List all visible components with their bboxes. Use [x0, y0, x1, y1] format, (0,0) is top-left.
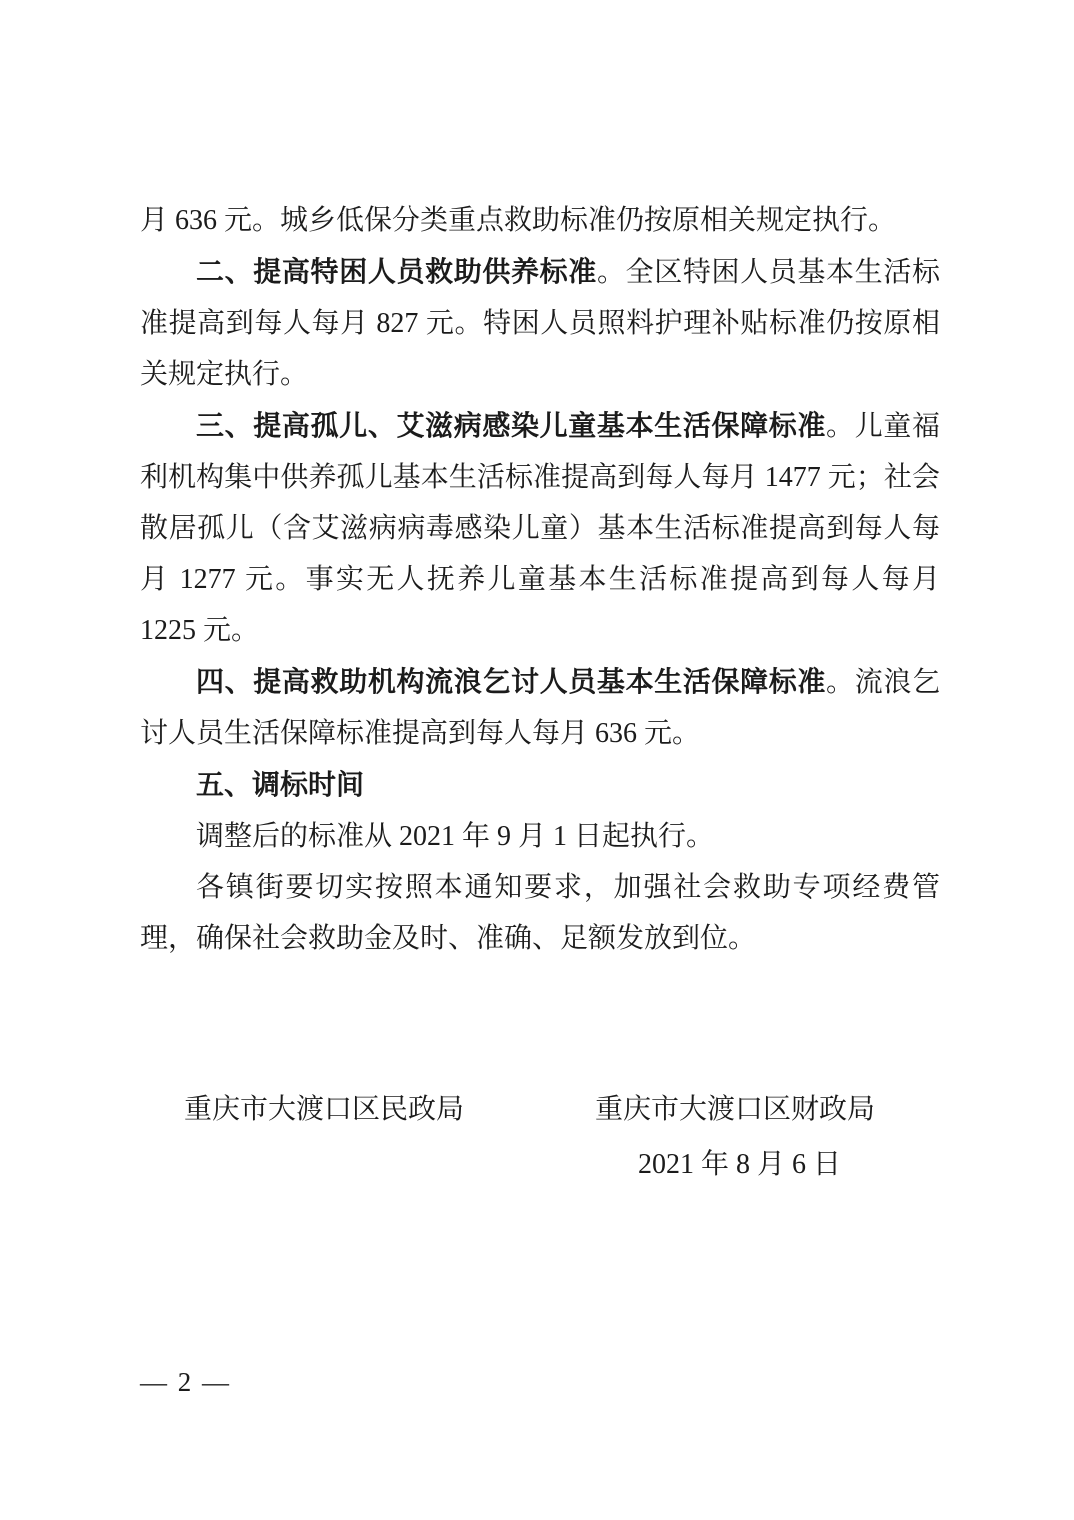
signature-right-org: 重庆市大渡口区财政局	[595, 1084, 875, 1135]
section-5-heading: 五、调标时间	[196, 769, 364, 800]
document-page: 月 636 元。城乡低保分类重点救助标准仍按原相关规定执行。 二、提高特困人员救…	[0, 0, 1074, 1520]
closing-paragraph-effective-date: 调整后的标准从 2021 年 9 月 1 日起执行。	[140, 811, 940, 862]
section-2-heading: 二、提高特困人员救助供养标准	[196, 256, 597, 287]
section-3-body: 儿童福利机构集中供养孤儿基本生活标准提高到每人每月 1477 元；社会散居孤儿（…	[140, 411, 940, 646]
section-5-paragraph: 五、调标时间	[140, 759, 940, 811]
section-2-heading-period: 。	[597, 257, 626, 288]
section-4-heading: 四、提高救助机构流浪乞讨人员基本生活保障标准	[196, 666, 826, 697]
signature-date-row: 2021 年 8 月 6 日	[140, 1139, 940, 1190]
signature-left-org: 重庆市大渡口区民政局	[184, 1084, 464, 1135]
section-3-heading: 三、提高孤儿、艾滋病感染儿童基本生活保障标准	[196, 410, 826, 441]
closing-paragraph-requirements: 各镇街要切实按照本通知要求，加强社会救助专项经费管理，确保社会救助金及时、准确、…	[140, 862, 940, 964]
page-footer: — 2 —	[140, 1366, 231, 1398]
page-number: — 2 —	[140, 1367, 231, 1397]
section-3-paragraph: 三、提高孤儿、艾滋病感染儿童基本生活保障标准。儿童福利机构集中供养孤儿基本生活标…	[140, 400, 940, 656]
section-4-heading-period: 。	[826, 667, 855, 698]
section-2-paragraph: 二、提高特困人员救助供养标准。全区特困人员基本生活标准提高到每人每月 827 元…	[140, 246, 940, 400]
continuation-paragraph: 月 636 元。城乡低保分类重点救助标准仍按原相关规定执行。	[140, 195, 940, 246]
section-4-paragraph: 四、提高救助机构流浪乞讨人员基本生活保障标准。流浪乞讨人员生活保障标准提高到每人…	[140, 656, 940, 759]
signature-row: 重庆市大渡口区民政局 重庆市大渡口区财政局	[140, 1084, 940, 1135]
signature-date: 2021 年 8 月 6 日	[638, 1149, 841, 1180]
document-body: 月 636 元。城乡低保分类重点救助标准仍按原相关规定执行。 二、提高特困人员救…	[140, 195, 940, 1190]
section-3-heading-period: 。	[826, 411, 855, 442]
